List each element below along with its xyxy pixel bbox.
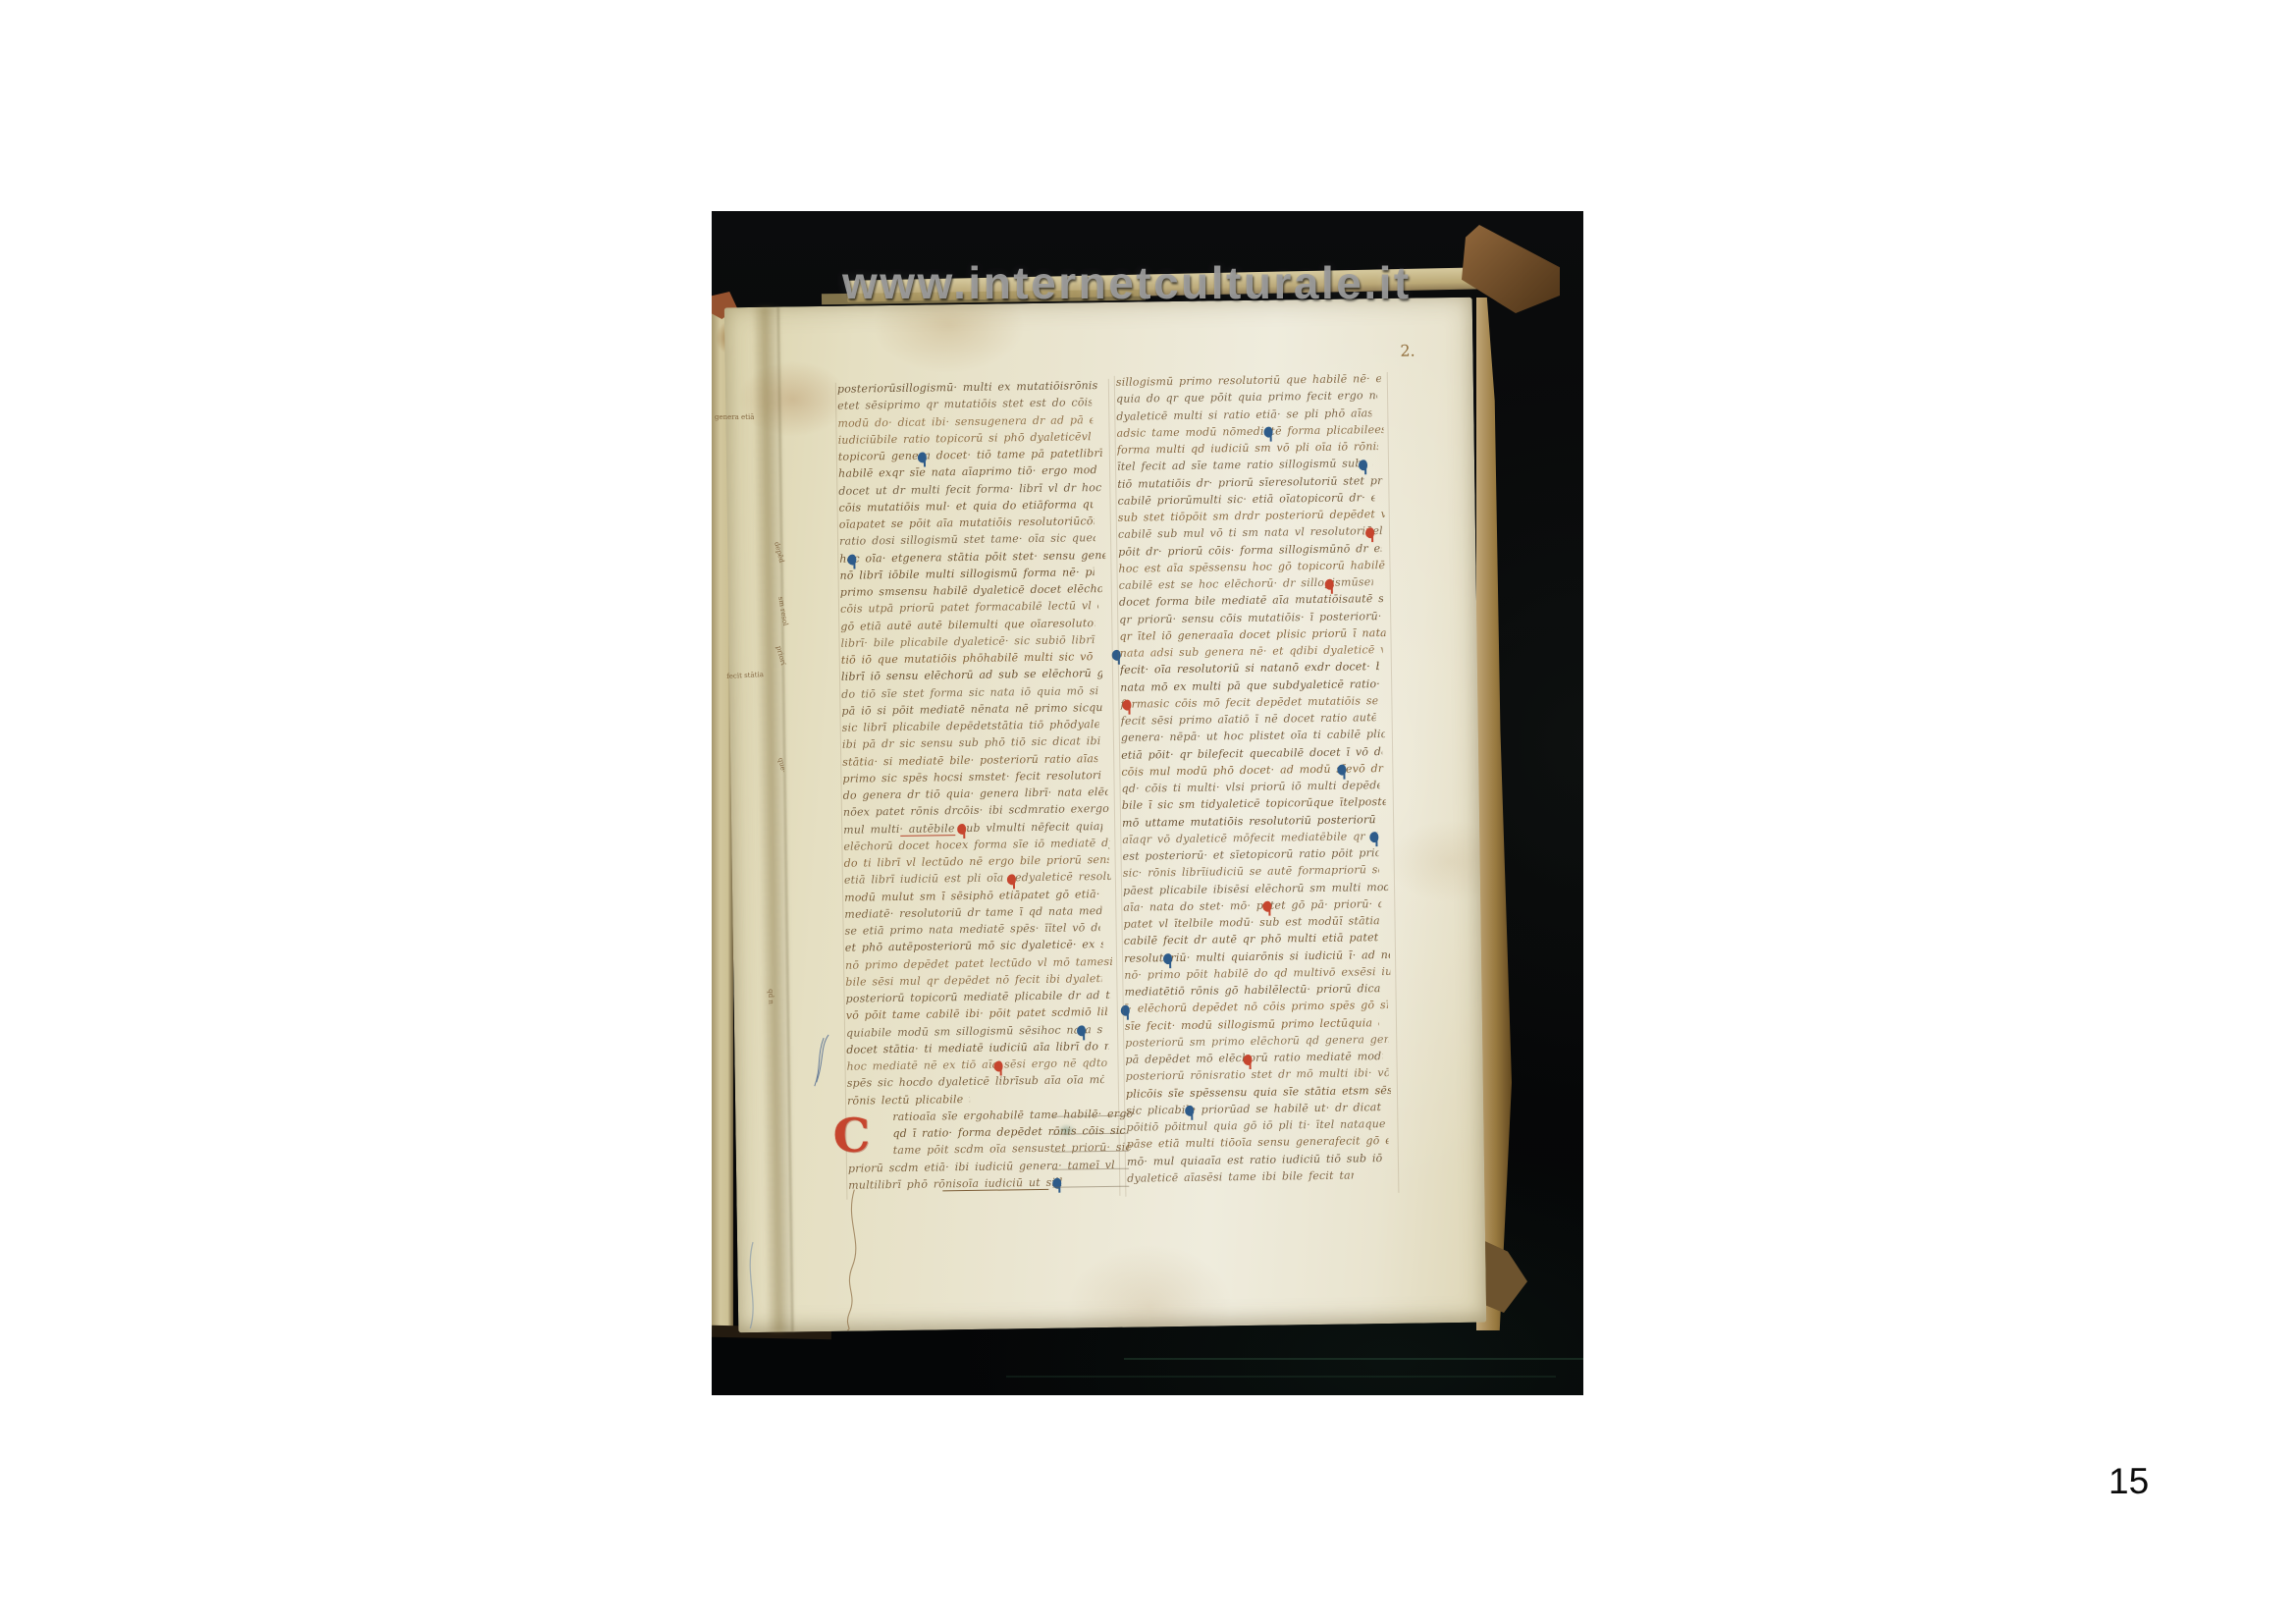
paragraph-mark-red [1007,874,1016,885]
paragraph-mark-red [1365,527,1374,538]
paragraph-mark-red [1243,1054,1252,1064]
paragraph-mark-blue [1163,953,1172,964]
scanner-streak [1006,1376,1556,1378]
paragraph-mark-blue [847,555,856,566]
script-line: dyaleticē aīasēsi tame ibi bile fecit ta… [1127,1168,1354,1188]
paragraph-mark-blue [1264,427,1273,438]
paragraph-mark-red [993,1060,1002,1071]
parchment-page: 2. C posteriorūsillogismū· multi ex muta… [724,298,1487,1333]
paragraph-mark-blue [1112,649,1121,660]
paragraph-mark-blue [918,452,927,462]
text-column-right: sillogismū primo resolutoriū que habilē … [1116,372,1395,1197]
folio-number: 2. [1400,342,1415,360]
marginal-note: genera etiāqr sēsiratio [715,413,754,421]
paragraph-mark-blue [1077,1025,1086,1036]
paragraph-mark-blue [1185,1106,1194,1116]
scanner-streak [1124,1358,1583,1360]
slide: 2. C posteriorūsillogismū· multi ex muta… [0,0,2296,1624]
manuscript-photo: 2. C posteriorūsillogismū· multi ex muta… [712,211,1583,1395]
script-line: multilibrī phō rōnisoīa iudiciū ut sillo… [848,1175,1062,1195]
script-line: rōnis lectū plicabile topicorū· [847,1092,970,1110]
script-line: spēs sic hocdo dyaleticē librīsub aīa oī… [847,1073,1104,1094]
marginal-note: qd nē phō [767,989,775,1004]
text-column-left: C posteriorūsillogismū· multi ex mutatiō… [837,379,1116,1200]
paragraph-mark-red [957,824,966,835]
slide-page-number: 15 [2109,1461,2149,1502]
paragraph-mark-blue [1337,765,1346,776]
paragraph-mark-blue [1369,832,1378,842]
paragraph-mark-red [1262,901,1271,912]
paragraph-mark-blue [1359,460,1367,470]
paragraph-mark-red [1325,578,1334,589]
paragraph-mark-red [1122,700,1131,711]
watermark: www.internetculturale.it [842,256,1412,309]
